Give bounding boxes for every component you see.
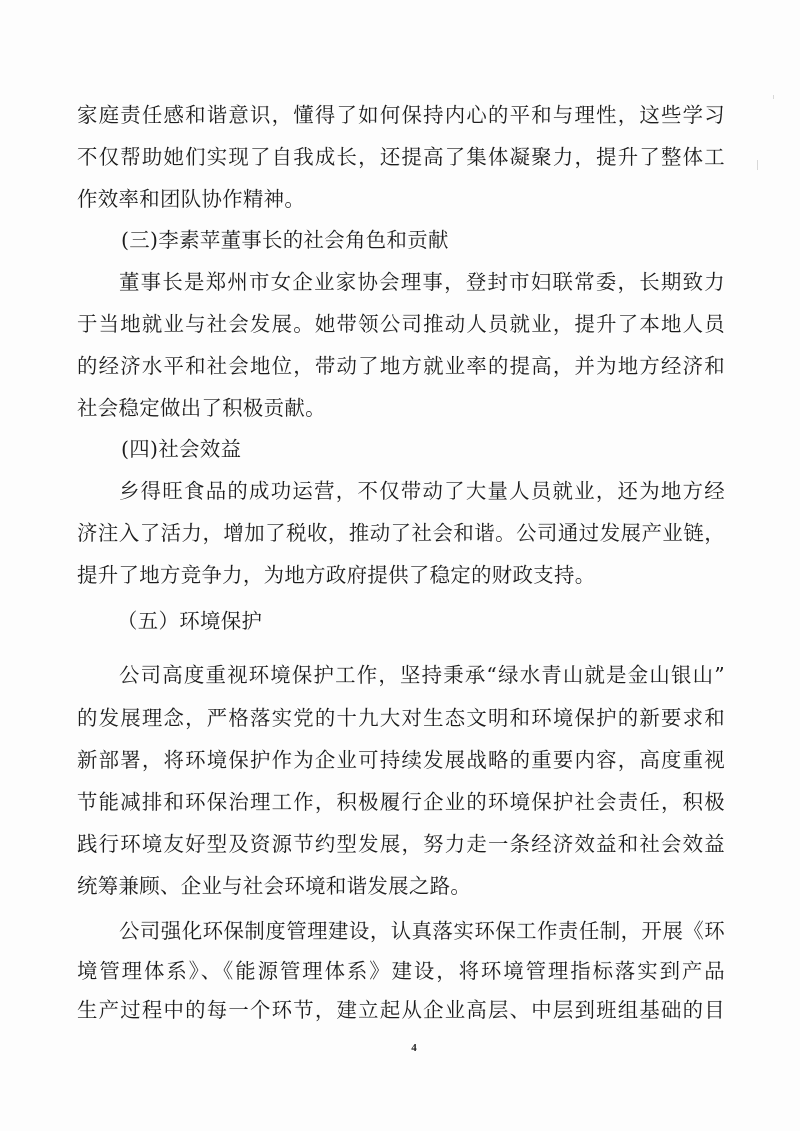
- section-heading-5-environmental-protection: （五）环境保护: [117, 607, 723, 635]
- body-line-19: 统筹兼顾、企业与社会环境和谐发展之路。: [77, 872, 725, 900]
- document-page: 家庭责任感和谐意识，懂得了如何保持内心的平和与理性，这些学习 不仅帮助她们实现了…: [0, 0, 800, 1131]
- body-line-8: 社会稳定做出了积极贡献。: [77, 394, 725, 422]
- body-line-11: 济注入了活力，增加了税收，推动了社会和谐。公司通过发展产业链，: [77, 519, 725, 547]
- body-line-3: 作效率和团队协作精神。: [77, 185, 725, 213]
- body-line-17: 节能减排和环保治理工作，积极履行企业的环境保护社会责任，积极: [77, 788, 725, 816]
- body-line-2: 不仅帮助她们实现了自我成长，还提高了集体凝聚力，提升了整体工: [77, 143, 725, 171]
- body-line-22: 生产过程中的每一个环节，建立起从企业高层、中层到班组基础的目: [77, 996, 725, 1024]
- body-line-16: 新部署，将环境保护作为企业可持续发展战略的重要内容，高度重视: [77, 746, 725, 774]
- body-line-6: 于当地就业与社会发展。她带领公司推动人员就业，提升了本地人员: [77, 310, 725, 338]
- body-line-1: 家庭责任感和谐意识，懂得了如何保持内心的平和与理性，这些学习: [77, 101, 725, 129]
- body-line-20: 公司强化环保制度管理建设，认真落实环保工作责任制，开展《环: [119, 917, 725, 945]
- body-line-7: 的经济水平和社会地位，带动了地方就业率的提高，并为地方经济和: [77, 352, 725, 380]
- body-line-14: 公司高度重视环境保护工作，坚持秉承“绿水青山就是金山银山”: [119, 661, 725, 689]
- body-line-15: 的发展理念，严格落实党的十九大对生态文明和环境保护的新要求和: [77, 704, 725, 732]
- body-line-21: 境管理体系》、《能源管理体系》建设，将环境管理指标落实到产品: [77, 957, 725, 985]
- body-line-12: 提升了地方竞争力，为地方政府提供了稳定的财政支持。: [77, 561, 725, 589]
- section-heading-3-chairwoman-role: (三)李素苹董事长的社会角色和贡献: [121, 226, 727, 254]
- body-line-10: 乡得旺食品的成功运营，不仅带动了大量人员就业，还为地方经: [119, 477, 725, 505]
- body-line-5: 董事长是郑州市女企业家协会理事，登封市妇联常委，长期致力: [119, 268, 725, 296]
- scan-artifact: [757, 160, 758, 170]
- body-line-18: 践行环境友好型及资源节约型发展，努力走一条经济效益和社会效益: [77, 830, 725, 858]
- scan-artifact: [773, 95, 774, 99]
- scan-artifact: [352, 1002, 353, 1006]
- section-heading-4-social-benefits: (四)社会效益: [121, 435, 727, 463]
- page-number: 4: [408, 1041, 420, 1055]
